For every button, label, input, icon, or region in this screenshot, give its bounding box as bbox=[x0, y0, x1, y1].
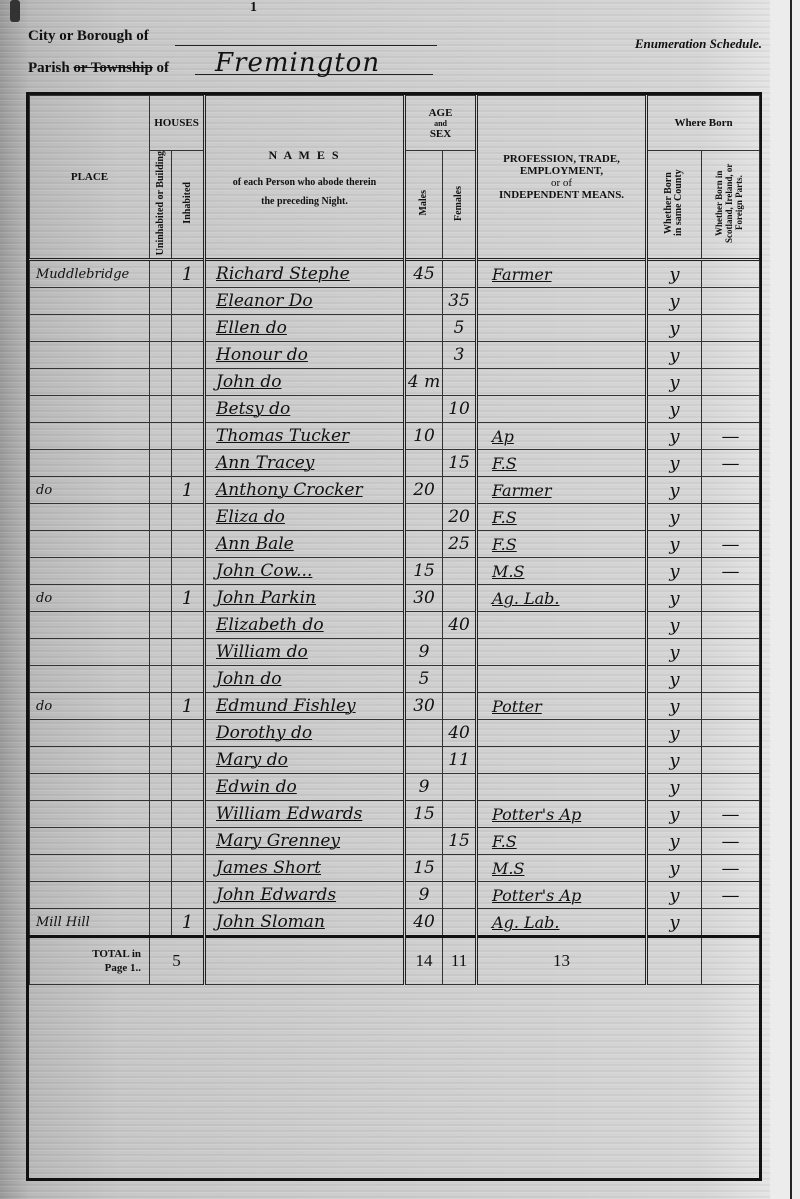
row-name: Ann Tracey bbox=[205, 450, 405, 477]
row-females: 40 bbox=[443, 612, 477, 639]
row-place bbox=[30, 342, 150, 369]
row-inhabited bbox=[172, 801, 205, 828]
table-row: Eliza do20F.Sy bbox=[30, 504, 760, 531]
corner-mark bbox=[10, 0, 20, 22]
row-foreign: — bbox=[702, 882, 760, 909]
row-females: 40 bbox=[443, 720, 477, 747]
row-place bbox=[30, 882, 150, 909]
row-foreign bbox=[702, 396, 760, 423]
row-inhabited bbox=[172, 450, 205, 477]
row-name: Ellen do bbox=[205, 315, 405, 342]
row-inhabited bbox=[172, 396, 205, 423]
row-uninhabited bbox=[150, 909, 172, 937]
table-row: James Short15M.Sy— bbox=[30, 855, 760, 882]
row-inhabited bbox=[172, 720, 205, 747]
row-foreign: — bbox=[702, 855, 760, 882]
row-uninhabited bbox=[150, 720, 172, 747]
row-uninhabited bbox=[150, 342, 172, 369]
row-place bbox=[30, 531, 150, 558]
row-foreign bbox=[702, 666, 760, 693]
row-foreign bbox=[702, 477, 760, 504]
row-name: James Short bbox=[205, 855, 405, 882]
row-same-county: y bbox=[647, 693, 702, 720]
margin-rule bbox=[790, 0, 792, 1199]
row-place bbox=[30, 801, 150, 828]
parish-label: Parish or Township of bbox=[28, 60, 169, 77]
row-place bbox=[30, 423, 150, 450]
row-females bbox=[443, 666, 477, 693]
row-inhabited bbox=[172, 288, 205, 315]
row-name: William do bbox=[205, 639, 405, 666]
row-inhabited bbox=[172, 423, 205, 450]
page-number: 1 bbox=[250, 0, 257, 16]
row-name: John Parkin bbox=[205, 585, 405, 612]
row-place: do bbox=[30, 693, 150, 720]
row-occupation: Farmer bbox=[477, 260, 647, 288]
row-place bbox=[30, 774, 150, 801]
row-place: do bbox=[30, 585, 150, 612]
row-same-county: y bbox=[647, 855, 702, 882]
row-males: 40 bbox=[405, 909, 443, 937]
row-same-county: y bbox=[647, 639, 702, 666]
row-inhabited bbox=[172, 504, 205, 531]
row-males: 9 bbox=[405, 882, 443, 909]
row-name: Elizabeth do bbox=[205, 612, 405, 639]
row-foreign bbox=[702, 260, 760, 288]
row-uninhabited bbox=[150, 585, 172, 612]
row-inhabited bbox=[172, 639, 205, 666]
row-occupation: Potter's Ap bbox=[477, 801, 647, 828]
row-males bbox=[405, 531, 443, 558]
row-same-county: y bbox=[647, 747, 702, 774]
row-occupation: Potter bbox=[477, 693, 647, 720]
row-foreign bbox=[702, 720, 760, 747]
row-occupation: F.S bbox=[477, 828, 647, 855]
census-table: PLACE HOUSES N A M E S of each Person wh… bbox=[29, 95, 760, 985]
row-same-county: y bbox=[647, 774, 702, 801]
row-occupation: F.S bbox=[477, 450, 647, 477]
row-uninhabited bbox=[150, 828, 172, 855]
row-foreign bbox=[702, 612, 760, 639]
row-foreign bbox=[702, 585, 760, 612]
row-same-county: y bbox=[647, 909, 702, 937]
row-same-county: y bbox=[647, 450, 702, 477]
header-houses: HOUSES bbox=[150, 96, 205, 151]
row-inhabited bbox=[172, 315, 205, 342]
row-foreign: — bbox=[702, 423, 760, 450]
table-row: Eleanor Do35y bbox=[30, 288, 760, 315]
table-row: William Edwards15Potter's Apy— bbox=[30, 801, 760, 828]
row-name: John do bbox=[205, 369, 405, 396]
table-row: John Edwards9Potter's Apy— bbox=[30, 882, 760, 909]
row-males: 20 bbox=[405, 477, 443, 504]
row-name: John Sloman bbox=[205, 909, 405, 937]
table-row: Mill Hill1John Sloman40Ag. Lab.y bbox=[30, 909, 760, 937]
table-row: Mary Grenney15F.Sy— bbox=[30, 828, 760, 855]
table-row: Ellen do5y bbox=[30, 315, 760, 342]
totals-names-blank bbox=[205, 937, 405, 985]
row-occupation bbox=[477, 774, 647, 801]
row-inhabited bbox=[172, 369, 205, 396]
table-row: do1Edmund Fishley30Pottery bbox=[30, 693, 760, 720]
header-foreign: Whether Born in Scotland, Ireland, or Fo… bbox=[702, 151, 760, 260]
row-place bbox=[30, 855, 150, 882]
row-inhabited bbox=[172, 747, 205, 774]
row-occupation bbox=[477, 747, 647, 774]
row-foreign: — bbox=[702, 558, 760, 585]
row-males bbox=[405, 288, 443, 315]
row-females bbox=[443, 260, 477, 288]
table-row: Ann Tracey15F.Sy— bbox=[30, 450, 760, 477]
row-females: 3 bbox=[443, 342, 477, 369]
row-same-county: y bbox=[647, 477, 702, 504]
row-females: 11 bbox=[443, 747, 477, 774]
row-name: Eleanor Do bbox=[205, 288, 405, 315]
row-males: 9 bbox=[405, 774, 443, 801]
row-foreign: — bbox=[702, 801, 760, 828]
row-males: 15 bbox=[405, 558, 443, 585]
row-uninhabited bbox=[150, 666, 172, 693]
totals-same-county bbox=[647, 937, 702, 985]
row-name: Dorothy do bbox=[205, 720, 405, 747]
row-inhabited bbox=[172, 612, 205, 639]
row-uninhabited bbox=[150, 558, 172, 585]
row-same-county: y bbox=[647, 558, 702, 585]
row-males bbox=[405, 504, 443, 531]
row-inhabited: 1 bbox=[172, 585, 205, 612]
row-females bbox=[443, 909, 477, 937]
row-place bbox=[30, 504, 150, 531]
row-uninhabited bbox=[150, 288, 172, 315]
row-occupation: M.S bbox=[477, 855, 647, 882]
row-same-county: y bbox=[647, 504, 702, 531]
row-occupation: Farmer bbox=[477, 477, 647, 504]
row-foreign bbox=[702, 909, 760, 937]
row-occupation: F.S bbox=[477, 504, 647, 531]
table-row: William do9y bbox=[30, 639, 760, 666]
row-males bbox=[405, 720, 443, 747]
row-males: 15 bbox=[405, 855, 443, 882]
row-inhabited bbox=[172, 774, 205, 801]
row-foreign bbox=[702, 504, 760, 531]
row-occupation bbox=[477, 612, 647, 639]
table-row: John do4 my bbox=[30, 369, 760, 396]
row-foreign: — bbox=[702, 450, 760, 477]
table-row: Dorothy do40y bbox=[30, 720, 760, 747]
row-females bbox=[443, 639, 477, 666]
row-uninhabited bbox=[150, 260, 172, 288]
row-place bbox=[30, 450, 150, 477]
table-row: John do5y bbox=[30, 666, 760, 693]
row-name: William Edwards bbox=[205, 801, 405, 828]
row-uninhabited bbox=[150, 801, 172, 828]
row-place bbox=[30, 288, 150, 315]
table-row: John Cow...15M.Sy— bbox=[30, 558, 760, 585]
schedule-title: Enumeration Schedule. bbox=[635, 36, 762, 52]
row-place bbox=[30, 612, 150, 639]
row-name: John do bbox=[205, 666, 405, 693]
row-inhabited bbox=[172, 558, 205, 585]
row-males bbox=[405, 612, 443, 639]
table-row: do1John Parkin30Ag. Lab.y bbox=[30, 585, 760, 612]
row-same-county: y bbox=[647, 666, 702, 693]
row-uninhabited bbox=[150, 315, 172, 342]
totals-occupations: 13 bbox=[477, 937, 647, 985]
table-row: do1Anthony Crocker20Farmery bbox=[30, 477, 760, 504]
row-foreign: — bbox=[702, 531, 760, 558]
row-name: Anthony Crocker bbox=[205, 477, 405, 504]
row-females bbox=[443, 774, 477, 801]
row-occupation: Ap bbox=[477, 423, 647, 450]
row-name: Mary do bbox=[205, 747, 405, 774]
row-same-county: y bbox=[647, 260, 702, 288]
row-name: Richard Stephe bbox=[205, 260, 405, 288]
header-place: PLACE bbox=[30, 96, 150, 260]
totals-row: TOTAL in Page 1.. 5 14 11 13 bbox=[30, 937, 760, 985]
totals-label: TOTAL in Page 1.. bbox=[30, 937, 150, 985]
row-same-county: y bbox=[647, 531, 702, 558]
table-row: Mary do11y bbox=[30, 747, 760, 774]
header-inhabited: Inhabited bbox=[172, 151, 205, 260]
table-row: Muddlebridge1Richard Stephe45Farmery bbox=[30, 260, 760, 288]
row-females bbox=[443, 369, 477, 396]
row-uninhabited bbox=[150, 855, 172, 882]
row-occupation: Ag. Lab. bbox=[477, 585, 647, 612]
page-margin bbox=[770, 0, 800, 1199]
row-place bbox=[30, 558, 150, 585]
row-occupation bbox=[477, 288, 647, 315]
row-foreign bbox=[702, 774, 760, 801]
row-uninhabited bbox=[150, 450, 172, 477]
totals-houses: 5 bbox=[150, 937, 205, 985]
row-inhabited bbox=[172, 855, 205, 882]
row-same-county: y bbox=[647, 369, 702, 396]
row-same-county: y bbox=[647, 288, 702, 315]
row-males: 15 bbox=[405, 801, 443, 828]
row-inhabited: 1 bbox=[172, 260, 205, 288]
row-place bbox=[30, 666, 150, 693]
row-same-county: y bbox=[647, 720, 702, 747]
totals-females: 11 bbox=[443, 937, 477, 985]
row-uninhabited bbox=[150, 747, 172, 774]
row-males bbox=[405, 342, 443, 369]
census-rows: Muddlebridge1Richard Stephe45FarmeryElea… bbox=[30, 260, 760, 937]
row-place: Mill Hill bbox=[30, 909, 150, 937]
row-inhabited bbox=[172, 666, 205, 693]
row-females bbox=[443, 855, 477, 882]
row-females bbox=[443, 693, 477, 720]
parish-value: Fremington bbox=[215, 48, 380, 78]
row-females: 10 bbox=[443, 396, 477, 423]
row-females bbox=[443, 423, 477, 450]
row-occupation bbox=[477, 369, 647, 396]
row-uninhabited bbox=[150, 369, 172, 396]
row-name: Edwin do bbox=[205, 774, 405, 801]
row-uninhabited bbox=[150, 396, 172, 423]
row-inhabited bbox=[172, 882, 205, 909]
row-females: 5 bbox=[443, 315, 477, 342]
row-males: 5 bbox=[405, 666, 443, 693]
row-uninhabited bbox=[150, 639, 172, 666]
city-label: City or Borough of bbox=[28, 28, 149, 45]
row-foreign bbox=[702, 369, 760, 396]
row-males bbox=[405, 315, 443, 342]
row-inhabited: 1 bbox=[172, 477, 205, 504]
row-inhabited bbox=[172, 531, 205, 558]
table-row: Elizabeth do40y bbox=[30, 612, 760, 639]
row-place bbox=[30, 720, 150, 747]
row-females: 15 bbox=[443, 450, 477, 477]
row-uninhabited bbox=[150, 774, 172, 801]
row-name: John Edwards bbox=[205, 882, 405, 909]
row-females bbox=[443, 477, 477, 504]
row-males: 30 bbox=[405, 585, 443, 612]
row-occupation: M.S bbox=[477, 558, 647, 585]
row-same-county: y bbox=[647, 315, 702, 342]
row-foreign bbox=[702, 693, 760, 720]
row-uninhabited bbox=[150, 477, 172, 504]
row-females: 35 bbox=[443, 288, 477, 315]
row-name: Edmund Fishley bbox=[205, 693, 405, 720]
row-occupation bbox=[477, 666, 647, 693]
row-place: Muddlebridge bbox=[30, 260, 150, 288]
row-same-county: y bbox=[647, 828, 702, 855]
row-place: do bbox=[30, 477, 150, 504]
row-occupation: Ag. Lab. bbox=[477, 909, 647, 937]
row-foreign bbox=[702, 342, 760, 369]
header-age-sex: AGE and SEX bbox=[405, 96, 477, 151]
row-males: 9 bbox=[405, 639, 443, 666]
row-uninhabited bbox=[150, 612, 172, 639]
header-same-county: Whether Born in same County bbox=[647, 151, 702, 260]
row-occupation bbox=[477, 342, 647, 369]
header-males: Males bbox=[405, 151, 443, 260]
row-place bbox=[30, 396, 150, 423]
totals-males: 14 bbox=[405, 937, 443, 985]
row-occupation bbox=[477, 720, 647, 747]
row-foreign bbox=[702, 639, 760, 666]
row-name: Eliza do bbox=[205, 504, 405, 531]
row-foreign bbox=[702, 747, 760, 774]
header-uninhabited: Uninhabited or Building bbox=[150, 151, 172, 260]
row-inhabited: 1 bbox=[172, 693, 205, 720]
row-inhabited: 1 bbox=[172, 909, 205, 937]
row-occupation bbox=[477, 315, 647, 342]
row-males: 10 bbox=[405, 423, 443, 450]
totals-foreign bbox=[702, 937, 760, 985]
row-uninhabited bbox=[150, 423, 172, 450]
row-males bbox=[405, 747, 443, 774]
row-males bbox=[405, 450, 443, 477]
row-same-county: y bbox=[647, 585, 702, 612]
row-place bbox=[30, 828, 150, 855]
row-uninhabited bbox=[150, 531, 172, 558]
table-row: Ann Bale25F.Sy— bbox=[30, 531, 760, 558]
row-foreign bbox=[702, 288, 760, 315]
row-occupation: F.S bbox=[477, 531, 647, 558]
row-foreign bbox=[702, 315, 760, 342]
row-uninhabited bbox=[150, 504, 172, 531]
row-same-county: y bbox=[647, 882, 702, 909]
row-females bbox=[443, 585, 477, 612]
row-females bbox=[443, 558, 477, 585]
row-place bbox=[30, 639, 150, 666]
header-females: Females bbox=[443, 151, 477, 260]
row-males bbox=[405, 828, 443, 855]
row-name: John Cow... bbox=[205, 558, 405, 585]
row-females: 20 bbox=[443, 504, 477, 531]
table-row: Edwin do9y bbox=[30, 774, 760, 801]
row-same-county: y bbox=[647, 342, 702, 369]
table-row: Honour do3y bbox=[30, 342, 760, 369]
row-name: Betsy do bbox=[205, 396, 405, 423]
row-females bbox=[443, 801, 477, 828]
header-profession: PROFESSION, TRADE, EMPLOYMENT, or of IND… bbox=[477, 96, 647, 260]
header-where-born: Where Born bbox=[647, 96, 760, 151]
row-name: Ann Bale bbox=[205, 531, 405, 558]
row-same-county: y bbox=[647, 801, 702, 828]
header-names: N A M E S of each Person who abode there… bbox=[205, 96, 405, 260]
row-foreign: — bbox=[702, 828, 760, 855]
row-place bbox=[30, 747, 150, 774]
row-name: Thomas Tucker bbox=[205, 423, 405, 450]
row-inhabited bbox=[172, 342, 205, 369]
table-row: Thomas Tucker10Apy— bbox=[30, 423, 760, 450]
row-occupation: Potter's Ap bbox=[477, 882, 647, 909]
census-page: 1 City or Borough of Parish or Township … bbox=[0, 0, 800, 1199]
row-males bbox=[405, 396, 443, 423]
row-females: 25 bbox=[443, 531, 477, 558]
row-uninhabited bbox=[150, 693, 172, 720]
row-same-county: y bbox=[647, 396, 702, 423]
row-place bbox=[30, 315, 150, 342]
row-same-county: y bbox=[647, 612, 702, 639]
row-males: 30 bbox=[405, 693, 443, 720]
row-inhabited bbox=[172, 828, 205, 855]
table-row: Betsy do10y bbox=[30, 396, 760, 423]
row-females bbox=[443, 882, 477, 909]
row-place bbox=[30, 369, 150, 396]
row-name: Mary Grenney bbox=[205, 828, 405, 855]
row-uninhabited bbox=[150, 882, 172, 909]
row-occupation bbox=[477, 639, 647, 666]
city-fill-line bbox=[175, 45, 437, 46]
row-occupation bbox=[477, 396, 647, 423]
row-males: 45 bbox=[405, 260, 443, 288]
row-name: Honour do bbox=[205, 342, 405, 369]
row-females: 15 bbox=[443, 828, 477, 855]
row-same-county: y bbox=[647, 423, 702, 450]
row-males: 4 m bbox=[405, 369, 443, 396]
